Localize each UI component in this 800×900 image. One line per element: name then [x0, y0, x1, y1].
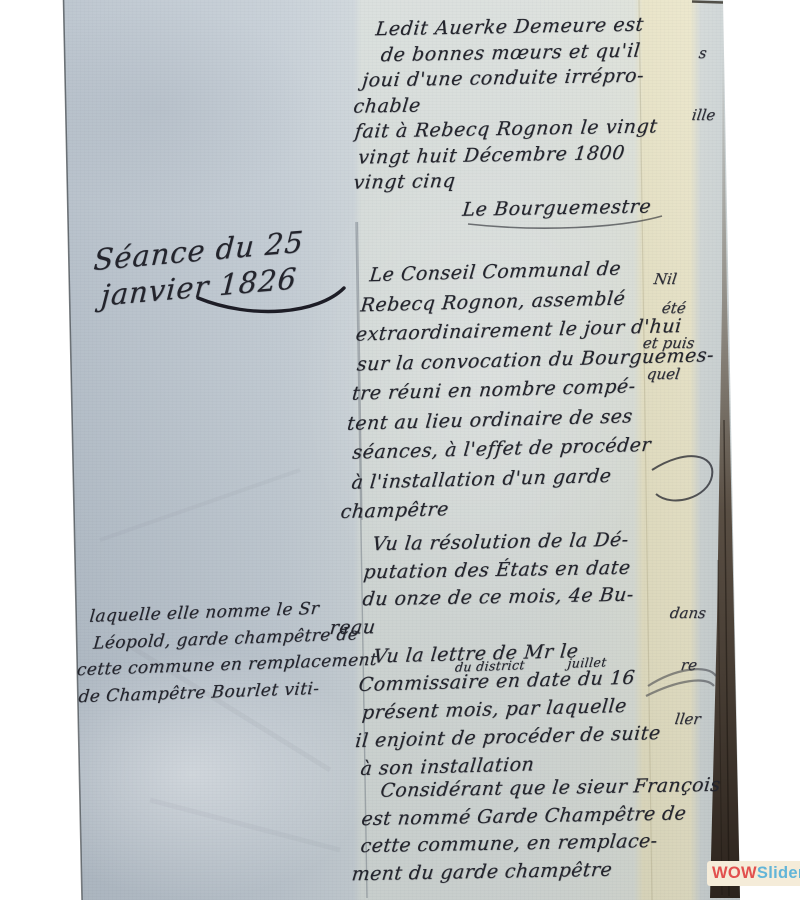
watermark-brand-second: Slider	[757, 864, 800, 883]
insert-word: juillet	[567, 654, 608, 670]
edge-fragment: et puis	[642, 334, 696, 352]
margin-note: laquelle elle nomme le Sr Léopold, garde…	[73, 594, 383, 711]
signature-line: Le Bourguemestre	[461, 194, 653, 223]
edge-fragment: Nil	[653, 270, 678, 288]
watermark-brand-first: WOW	[712, 864, 757, 883]
handwritten-line: Vu la résolution de la Dé-	[371, 527, 641, 559]
considering-paragraph: Considérant que le sieur François est no…	[354, 772, 722, 888]
handwritten-line: joui d'une conduite irrépro-	[361, 63, 666, 94]
certificate-block: Ledit Auerke Demeure est de bonnes mœurs…	[341, 12, 672, 225]
wowslider-watermark[interactable]: WOW Slider	[707, 861, 800, 886]
edge-fragment: re	[680, 656, 699, 674]
edge-fragment: ille	[691, 106, 717, 124]
edge-fragment: été	[661, 299, 687, 317]
council-minutes-block: Le Conseil Communal de Rebecq Rognon, as…	[337, 252, 724, 528]
edge-fragment: quel	[646, 365, 681, 383]
insert-word: du district	[454, 657, 525, 675]
handwritten-line: vingt huit Décembre 1800	[357, 140, 658, 171]
resolution-paragraph: Vu la résolution de la Dé- putation des …	[356, 527, 641, 642]
handwritten-line: vingt cinq	[352, 165, 655, 196]
handwritten-line: du onze de ce mois, 4e Bu-	[361, 582, 635, 614]
edge-fragment: ller	[674, 710, 702, 728]
edge-fragment: dans	[669, 604, 707, 622]
